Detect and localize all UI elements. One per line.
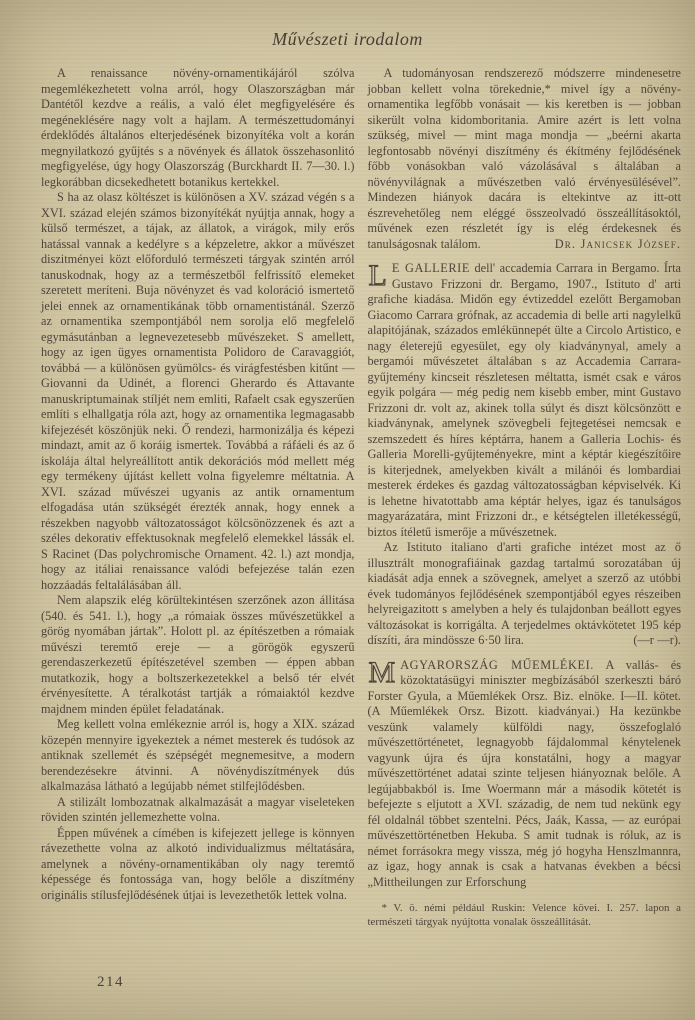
left-column: A renaissance növény-ornamentikájáról sz… <box>41 66 355 930</box>
text-columns: A renaissance növény-ornamentikájáról sz… <box>0 50 695 930</box>
right-column: A tudományosan rendszerező módszerre min… <box>368 66 682 930</box>
paragraph-text: dell' accademia Carrara in Bergamo. Írta… <box>368 261 682 539</box>
review-section-paragraph: MAGYARORSZÁG MŰEMLÉKEI. A vallás- és köz… <box>368 658 682 891</box>
section-lead-caps: AGYARORSZÁG MŰEMLÉKEI. <box>400 658 594 672</box>
paragraph: Éppen művének a címében is kifejezett je… <box>41 826 355 904</box>
drop-cap: M <box>369 660 396 685</box>
review-section-paragraph: LE GALLERIE dell' accademia Carrara in B… <box>368 261 682 540</box>
paragraph: A stilizált lombozatnak alkalmazását a m… <box>41 795 355 826</box>
reviewer-initials-signature: (—r —r). <box>617 633 681 649</box>
paragraph-text: Az Istituto italiano d'arti grafiche int… <box>368 540 682 647</box>
paragraph: Nem alapszik elég körültekintésen szerző… <box>41 593 355 717</box>
author-signature: Dr. Janicsek József. <box>539 237 681 253</box>
page-number: 214 <box>97 974 124 991</box>
review-closing-paragraph: A tudományosan rendszerező módszerre min… <box>368 66 682 252</box>
paragraph: Meg kellett volna emlékeznie arról is, h… <box>41 717 355 795</box>
paragraph: A renaissance növény-ornamentikájáról sz… <box>41 66 355 190</box>
paragraph-text: A tudományosan rendszerező módszerre min… <box>368 66 682 251</box>
page-header: Művészeti irodalom <box>0 0 695 50</box>
paragraph-text: A vallás- és közoktatásügyi miniszter me… <box>368 658 682 889</box>
footnote: * V. ö. némi például Ruskin: Velence köv… <box>368 902 682 930</box>
paragraph: S ha az olasz költészet is különösen a X… <box>41 190 355 593</box>
drop-cap: L <box>369 263 387 288</box>
paragraph: Az Istituto italiano d'arti grafiche int… <box>368 540 682 649</box>
scanned-journal-page: Művészeti irodalom A renaissance növény-… <box>0 0 695 1020</box>
section-lead-caps: E GALLERIE <box>392 261 470 275</box>
